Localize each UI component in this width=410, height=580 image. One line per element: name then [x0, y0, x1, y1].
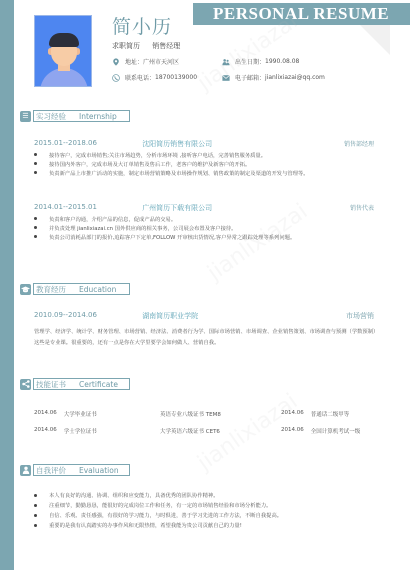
entry-role: 销售部经理: [316, 139, 374, 149]
list-item: 负责新产品上市推广活动的实施，制定市场营销策略及市场操作规划、销售政策的制定及渠…: [34, 168, 309, 177]
birth-value: 1990.08.08: [265, 58, 299, 65]
section-evaluation-header: 自我评价 Evaluation: [20, 464, 130, 476]
bullet-dot: [34, 514, 37, 517]
phone-icon: [112, 74, 120, 82]
evaluation-bullets: 本人有良好的沟通、协调、组织和应变能力，具备优秀的团队协作精神。 注重细节，勤勤…: [34, 490, 282, 530]
bullet-dot: [34, 226, 37, 229]
cert-name: 学士学位证书: [64, 427, 97, 435]
bullet-dot: [34, 153, 37, 156]
cert-date: 2014.06: [281, 410, 304, 418]
job-title: 销售经理: [152, 42, 180, 50]
header-title: PERSONAL RESUME: [213, 4, 389, 24]
list-icon: ☰: [20, 111, 31, 122]
section-title-en: Education: [79, 285, 116, 294]
email-value: jianlixiazai@qq.com: [265, 74, 325, 81]
certificate-cell: 2014.06学士学位证书: [34, 427, 160, 435]
education-entry-header: 2010.09--2014.06 湖南简历职业学院 市场营销: [34, 311, 374, 321]
entry-date: 2010.09--2014.06: [34, 311, 142, 321]
bullet-dot: [34, 235, 37, 238]
section-title-cn: 教育经历: [36, 284, 66, 295]
entry-company: 沈阳简历销售有限公司: [142, 139, 316, 149]
people-icon: [222, 58, 230, 66]
bullet-text: 负责公司消耗品部门的报价,追踪客户下定单,FOLLOW 开审核出货情况,客户异常…: [49, 233, 295, 241]
email-label: 电子邮箱：: [235, 73, 265, 82]
entry-major: 市场营销: [316, 311, 374, 321]
list-item: 接待国内外客户，完成市场及大订单销售及售后工作，老客户的维护及新客户的开拓。: [34, 159, 309, 168]
location-pin-icon: [112, 58, 120, 66]
bullet-text: 负责和客户沟通，介绍产品的信息，促成产品的交易。: [49, 215, 176, 223]
section-education-header: 教育经历 Education: [20, 283, 130, 295]
address-info: 地址： 广州市天河区: [112, 57, 179, 66]
entry-date: 2015.01--2018.06: [34, 139, 142, 149]
section-title-cn: 技能证书: [36, 379, 66, 390]
cert-name: 全国计算机考试一级: [311, 427, 361, 435]
internship-entry-bullets: 负责和客户沟通，介绍产品的信息，促成产品的交易。 并负责处理 jianlixia…: [34, 214, 295, 241]
list-item: 自信、乐观、责任感强，有很好的学习能力，与时俱进，善于学习先进的工作方法，不断自…: [34, 510, 282, 520]
section-title-en: Evaluation: [79, 466, 119, 475]
section-title-en: Internship: [79, 112, 117, 121]
section-title-cn: 实习经验: [36, 111, 66, 122]
section-title-box: 自我评价 Evaluation: [33, 464, 130, 476]
list-item: 注重细节，勤勤恳恳，能很好的完成岗位工作和任务，有一定的市场销售经验和市场分析能…: [34, 500, 282, 510]
certificate-cell: 2014.06普通话二级甲等: [281, 410, 349, 418]
list-item: 并负责处理 jianlixiazai.cn 国外供应商的相关事务，公司展会布置及…: [34, 223, 295, 232]
certificate-cell: 英语专业八级证书 TEM8: [160, 410, 281, 418]
left-accent-stripe: [0, 0, 14, 570]
entry-school: 湖南简历职业学院: [142, 311, 316, 321]
job-line: 求职简历 销售经理: [112, 41, 190, 51]
graduation-cap-icon: [20, 284, 31, 295]
envelope-icon: [222, 74, 230, 82]
certificate-row: 2014.06学士学位证书 大学英语六级证书 CET6 2014.06全国计算机…: [34, 422, 360, 439]
bullet-text: 接待国内外客户，完成市场及大订单销售及售后工作，老客户的维护及新客户的开拓。: [49, 160, 250, 168]
internship-entry-header: 2014.01--2015.01 广州简历下载有限公司 销售代表: [34, 203, 374, 213]
section-title-en: Certificate: [79, 380, 118, 389]
bullet-text: 自信、乐观、责任感强，有很好的学习能力，与时俱进，善于学习先进的工作方法，不断自…: [49, 511, 282, 519]
certificate-cell: 2014.06全国计算机考试一级: [281, 427, 360, 435]
section-certificate-header: 技能证书 Certificate: [20, 378, 130, 390]
section-title-box: 教育经历 Education: [33, 283, 130, 295]
entry-role: 销售代表: [316, 203, 374, 213]
cert-date: 2014.06: [34, 427, 57, 435]
birth-label: 出生日期：: [235, 57, 265, 66]
bullet-dot: [34, 524, 37, 527]
internship-entry-bullets: 接待客户，完成市场销售;关注市场趋势，分析市场环境 ,接听客户电话，完善销售服务…: [34, 150, 309, 177]
job-label: 求职简历: [112, 42, 140, 50]
cert-name: 普通话二级甲等: [311, 410, 350, 418]
bullet-dot: [34, 217, 37, 220]
bullet-dot: [34, 162, 37, 165]
list-item: 接待客户，完成市场销售;关注市场趋势，分析市场环境 ,接听客户电话，完善销售服务…: [34, 150, 309, 159]
bullet-dot: [34, 171, 37, 174]
profile-name: 简小历: [112, 12, 172, 39]
phone-value: 18700139000: [155, 74, 197, 81]
list-item: 负责公司消耗品部门的报价,追踪客户下定单,FOLLOW 开审核出货情况,客户异常…: [34, 232, 295, 241]
avatar: [34, 15, 92, 87]
education-description: 管理学、经济学、统计学、财务管理、市场营销、经济法、消费者行为学、国际市场营销、…: [34, 327, 379, 349]
internship-entry-header: 2015.01--2018.06 沈阳简历销售有限公司 销售部经理: [34, 139, 374, 149]
section-title-cn: 自我评价: [36, 465, 66, 476]
bullet-text: 本人有良好的沟通、协调、组织和应变能力，具备优秀的团队协作精神。: [49, 491, 219, 499]
certificate-cell: 2014.06大学毕业证书: [34, 410, 160, 418]
list-item: 负责和客户沟通，介绍产品的信息，促成产品的交易。: [34, 214, 295, 223]
person-icon: [20, 465, 31, 476]
phone-info: 联系电话： 18700139000: [112, 73, 197, 82]
cert-date: 2014.06: [34, 410, 57, 418]
bullet-text: 并负责处理 jianlixiazai.cn 国外供应商的相关事务，公司展会布置及…: [49, 224, 236, 232]
list-item: 重要的是我有认真踏实的办事作风和无限热情，希望我能为贵公司贡献自己的力量!: [34, 520, 282, 530]
cert-date: 2014.06: [281, 427, 304, 435]
bullet-text: 注重细节，勤勤恳恳，能很好的完成岗位工作和任务，有一定的市场销售经验和市场分析能…: [49, 501, 271, 509]
bullet-text: 负责新产品上市推广活动的实施，制定市场营销策略及市场操作规划、销售政策的制定及渠…: [49, 169, 309, 177]
section-title-box: 技能证书 Certificate: [33, 378, 130, 390]
bullet-dot: [34, 504, 37, 507]
bullet-text: 接待客户，完成市场销售;关注市场趋势，分析市场环境 ,接听客户电话，完善销售服务…: [49, 151, 266, 159]
address-value: 广州市天河区: [143, 57, 179, 66]
section-internship-header: ☰ 实习经验 Internship: [20, 110, 130, 122]
avatar-hair: [49, 33, 79, 47]
cert-name: 大学英语六级证书 CET6: [160, 427, 220, 435]
bullet-text: 重要的是我有认真踏实的办事作风和无限热情，希望我能为贵公司贡献自己的力量!: [49, 521, 242, 529]
list-item: 本人有良好的沟通、协调、组织和应变能力，具备优秀的团队协作精神。: [34, 490, 282, 500]
certificate-table: 2014.06大学毕业证书 英语专业八级证书 TEM8 2014.06普通话二级…: [34, 405, 360, 439]
header-decoration: [360, 25, 390, 55]
bullet-dot: [34, 494, 37, 497]
share-icon: [20, 379, 31, 390]
entry-company: 广州简历下载有限公司: [142, 203, 316, 213]
certificate-row: 2014.06大学毕业证书 英语专业八级证书 TEM8 2014.06普通话二级…: [34, 405, 360, 422]
section-title-box: 实习经验 Internship: [33, 110, 130, 122]
cert-name: 英语专业八级证书 TEM8: [160, 410, 221, 418]
cert-name: 大学毕业证书: [64, 410, 97, 418]
entry-date: 2014.01--2015.01: [34, 203, 142, 213]
certificate-cell: 大学英语六级证书 CET6: [160, 427, 281, 435]
address-label: 地址：: [125, 57, 143, 66]
email-info: 电子邮箱： jianlixiazai@qq.com: [222, 73, 325, 82]
phone-label: 联系电话：: [125, 73, 155, 82]
birth-info: 出生日期： 1990.08.08: [222, 57, 299, 66]
